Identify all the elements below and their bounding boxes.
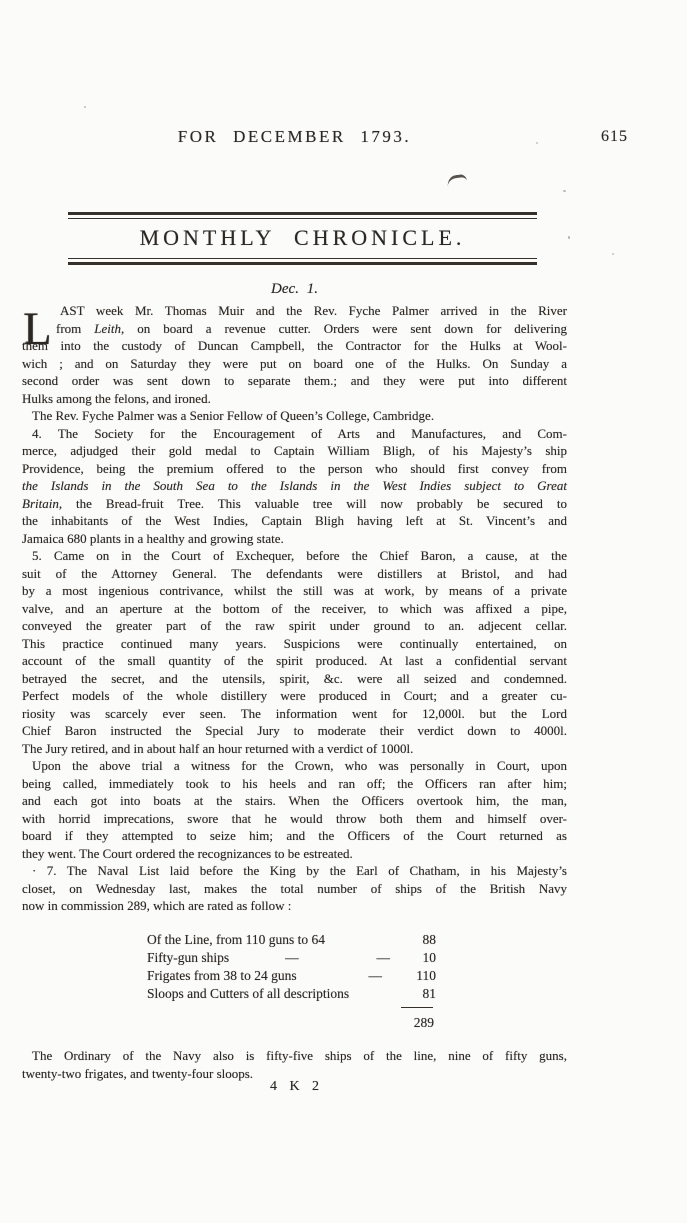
text-line: being called, immediately took to his he… — [22, 775, 567, 793]
text-run: board if they attempted to seize him; an… — [22, 828, 567, 843]
text-run: suit of the Attorney General. The defend… — [22, 566, 567, 581]
ship-class-label: Fifty-gun ships — [147, 949, 229, 967]
text-run: Perfect models of the whole distillery w… — [22, 688, 567, 703]
text-line: The Jury retired, and in about half an h… — [22, 740, 567, 758]
text-run: they went. The Court ordered the recogni… — [22, 846, 353, 861]
text-line: from Leith, on board a revenue cutter. O… — [22, 320, 567, 338]
ship-count: 81 — [400, 985, 436, 1003]
ship-count: 88 — [400, 931, 436, 949]
text-run: valve, and an aperture at the bottom of … — [22, 601, 567, 616]
masthead: MONTHLY CHRONICLE. — [68, 212, 537, 265]
scan-speck — [563, 190, 566, 192]
text-run: merce, adjudged their gold medal to Capt… — [22, 443, 567, 458]
text-line: 4. The Society for the Encouragement of … — [22, 425, 567, 443]
text-line: Britain, the Bread-fruit Tree. This valu… — [22, 495, 567, 513]
text-line: second order was sent down to separate t… — [22, 372, 567, 390]
text-run: · 7. The Naval List laid before the King… — [32, 863, 567, 878]
text-run: closet, on Wednesday last, makes the tot… — [22, 881, 567, 896]
running-head: FOR DECEMBER 1793. 615 — [22, 127, 567, 149]
text-run: 5. Came on in the Court of Exchequer, be… — [32, 548, 567, 563]
article-body-continued: The Ordinary of the Navy also is fifty-f… — [22, 1047, 567, 1082]
ink-smudge — [446, 174, 467, 188]
italic-text: Britain, — [22, 496, 62, 511]
italic-text: the Islands in the South Sea to the Isla… — [22, 478, 567, 493]
text-run: AST week Mr. Thomas Muir and the Rev. Fy… — [60, 303, 567, 318]
text-line: conveyed the greater part of the raw spi… — [22, 617, 567, 635]
text-line: suit of the Attorney General. The defend… — [22, 565, 567, 583]
article-body: LAST week Mr. Thomas Muir and the Rev. F… — [22, 302, 567, 915]
paragraph: 5. Came on in the Court of Exchequer, be… — [22, 547, 567, 757]
paragraph: 4. The Society for the Encouragement of … — [22, 425, 567, 548]
text-run: the inhabitants of the West Indies, Capt… — [22, 513, 567, 528]
dash-fill — [325, 931, 400, 949]
double-rule-top — [68, 212, 537, 219]
text-run: 4. The Society for the Encouragement of … — [32, 426, 567, 441]
text-run: Chief Baron instructed the Special Jury … — [22, 723, 567, 738]
double-rule-bottom — [68, 258, 537, 265]
text-run: riosity was scarcely ever seen. The info… — [22, 706, 567, 721]
text-run: and each got into boats at the stairs. W… — [22, 793, 567, 808]
ship-class-label: Of the Line, from 110 guns to 64 — [147, 931, 325, 949]
text-line: the inhabitants of the West Indies, Capt… — [22, 512, 567, 530]
magazine-page: FOR DECEMBER 1793. 615 MONTHLY CHRONICLE… — [0, 0, 687, 1223]
text-line: The Rev. Fyche Palmer was a Senior Fello… — [22, 407, 567, 425]
drop-cap: L — [23, 306, 52, 353]
navy-table-row: Sloops and Cutters of all descriptions81 — [147, 985, 436, 1003]
text-line: the Islands in the South Sea to the Isla… — [22, 477, 567, 495]
navy-table-row: Fifty-gun ships——10 — [147, 949, 436, 967]
text-run: with horrid imprecations, swore that he … — [22, 811, 567, 826]
sum-rule — [401, 1007, 433, 1008]
text-line: betrayed the secret, and the utensils, s… — [22, 670, 567, 688]
text-line: · 7. The Naval List laid before the King… — [22, 862, 567, 880]
text-line: and each got into boats at the stairs. W… — [22, 792, 567, 810]
paragraph: The Rev. Fyche Palmer was a Senior Fello… — [22, 407, 567, 425]
text-line: them into the custody of Duncan Campbell… — [22, 337, 567, 355]
date-heading: Dec. 1. — [22, 281, 567, 298]
scan-speck — [568, 236, 570, 239]
text-line: Perfect models of the whole distillery w… — [22, 687, 567, 705]
text-line: account of the small quantity of the spi… — [22, 652, 567, 670]
scan-speck — [536, 142, 538, 144]
text-line: The Ordinary of the Navy also is fifty-f… — [22, 1047, 567, 1065]
text-line: Upon the above trial a witness for the C… — [22, 757, 567, 775]
paragraph: · 7. The Naval List laid before the King… — [22, 862, 567, 915]
text-run: The Rev. Fyche Palmer was a Senior Fello… — [32, 408, 434, 423]
text-run: Providence, being the premium offered to… — [22, 461, 567, 476]
scan-speck — [84, 106, 86, 108]
text-run: them into the custody of Duncan Campbell… — [22, 338, 567, 353]
navy-table-row: Frigates from 38 to 24 guns—110 — [147, 967, 436, 985]
text-run: This practice continued many years. Susp… — [22, 636, 567, 651]
tally-dash: — — [369, 967, 383, 985]
text-run: Jamaica 680 plants in a healthy and grow… — [22, 531, 284, 546]
masthead-title: MONTHLY CHRONICLE. — [68, 225, 537, 251]
text-run: by a most ingenious contrivance, whilst … — [22, 583, 567, 598]
text-run: betrayed the secret, and the utensils, s… — [22, 671, 567, 686]
text-run: now in commission 289, which are rated a… — [22, 898, 291, 913]
text-run: second order was sent down to separate t… — [22, 373, 567, 388]
text-line: This practice continued many years. Susp… — [22, 635, 567, 653]
text-run: conveyed the greater part of the raw spi… — [22, 618, 567, 633]
page-number: 615 — [601, 128, 628, 146]
text-run: the Bread-fruit Tree. This valuable tree… — [62, 496, 567, 511]
text-line: board if they attempted to seize him; an… — [22, 827, 567, 845]
text-line: Chief Baron instructed the Special Jury … — [22, 722, 567, 740]
text-line: Hulks among the felons, and ironed. — [22, 390, 567, 408]
paragraph: Upon the above trial a witness for the C… — [22, 757, 567, 862]
text-run: Hulks among the felons, and ironed. — [22, 391, 211, 406]
signature-mark: 4 K 2 — [22, 1079, 567, 1095]
ship-class-label: Sloops and Cutters of all descriptions — [147, 985, 349, 1003]
text-line: riosity was scarcely ever seen. The info… — [22, 705, 567, 723]
paragraph: LAST week Mr. Thomas Muir and the Rev. F… — [22, 302, 567, 407]
text-run: from — [56, 321, 94, 336]
scan-speck — [612, 253, 614, 255]
text-run: Upon the above trial a witness for the C… — [32, 758, 567, 773]
text-line: 5. Came on in the Court of Exchequer, be… — [22, 547, 567, 565]
tally-dash: — — [377, 949, 391, 967]
text-line: AST week Mr. Thomas Muir and the Rev. Fy… — [22, 302, 567, 320]
running-title: FOR DECEMBER 1793. — [22, 127, 567, 147]
paragraph: The Ordinary of the Navy also is fifty-f… — [22, 1047, 567, 1082]
text-line: by a most ingenious contrivance, whilst … — [22, 582, 567, 600]
text-line: they went. The Court ordered the recogni… — [22, 845, 567, 863]
text-line: merce, adjudged their gold medal to Capt… — [22, 442, 567, 460]
text-line: closet, on Wednesday last, makes the tot… — [22, 880, 567, 898]
text-line: Providence, being the premium offered to… — [22, 460, 567, 478]
dash-fill — [349, 985, 400, 1003]
text-line: wich ; and on Saturday they were put on … — [22, 355, 567, 373]
tally-dash: — — [285, 949, 299, 967]
dash-fill: — — [297, 967, 400, 985]
navy-list-table: Of the Line, from 110 guns to 6488Fifty-… — [147, 931, 436, 1031]
dash-fill: —— — [229, 949, 400, 967]
text-run: The Jury retired, and in about half an h… — [22, 741, 413, 756]
text-run: The Ordinary of the Navy also is fifty-f… — [32, 1048, 567, 1063]
navy-table-row: Of the Line, from 110 guns to 6488 — [147, 931, 436, 949]
italic-text: Leith — [94, 321, 121, 336]
text-run: , on board a revenue cutter. Orders were… — [121, 321, 567, 336]
ship-class-label: Frigates from 38 to 24 guns — [147, 967, 297, 985]
text-run: being called, immediately took to his he… — [22, 776, 567, 791]
text-line: Jamaica 680 plants in a healthy and grow… — [22, 530, 567, 548]
ship-count: 110 — [400, 967, 436, 985]
text-line: valve, and an aperture at the bottom of … — [22, 600, 567, 618]
ship-count: 10 — [400, 949, 436, 967]
fleet-total: 289 — [147, 1015, 436, 1031]
text-run: wich ; and on Saturday they were put on … — [22, 356, 567, 371]
text-line: now in commission 289, which are rated a… — [22, 897, 567, 915]
text-line: with horrid imprecations, swore that he … — [22, 810, 567, 828]
text-run: account of the small quantity of the spi… — [22, 653, 567, 668]
